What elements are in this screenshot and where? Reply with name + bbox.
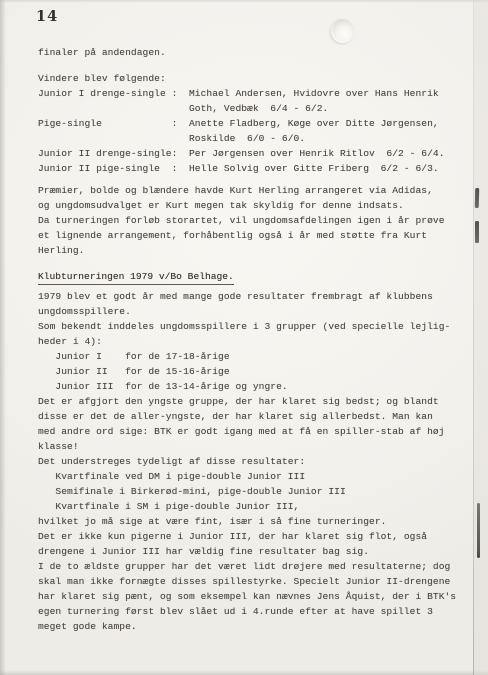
text-line: Herling.	[38, 243, 474, 258]
season-paragraph: 1979 blev et godt år med mange gode resu…	[38, 289, 474, 319]
groups-paragraph: Som bekendt inddeles ungdomsspillere i 3…	[38, 319, 474, 349]
text-line: Junior II for de 15-16-årige	[38, 364, 474, 379]
results-remark: hvilket jo må sige at være fint, især i …	[38, 514, 474, 529]
page-top-edge-shadow	[0, 0, 488, 3]
text-line: Kvartfinale ved DM i pige-double Junior …	[38, 469, 474, 484]
text-line: et lignende arrangement, forhåbentlig og…	[38, 228, 474, 243]
text-line: Præmier, bolde og blændere havde Kurt He…	[38, 183, 474, 198]
winners-list: Junior I drenge-single : Michael Anderse…	[38, 86, 474, 176]
text-line: skal man ikke fornægte disses spillestyr…	[38, 574, 474, 589]
awards-paragraph: Præmier, bolde og blændere havde Kurt He…	[38, 183, 474, 258]
document-page: 14 finaler på andendagen. Vindere blev f…	[0, 0, 488, 675]
text-line: Junior II pige-single : Helle Solvig ove…	[38, 161, 474, 176]
text-line: hvilket jo må sige at være fint, især i …	[38, 514, 474, 529]
text-line: med andre ord sige: BTK er godt igang me…	[38, 424, 474, 439]
club-tournament-section: 1979 blev et godt år med mange gode resu…	[38, 289, 474, 634]
text-line: Vindere blev følgende:	[38, 71, 474, 86]
text-line: drengene i Junior III har vældig fine re…	[38, 544, 474, 559]
text-line: Junior I drenge-single : Michael Anderse…	[38, 86, 474, 101]
text-line: Goth, Vedbæk 6/4 - 6/2.	[38, 101, 474, 116]
club-tournament-heading: Klubturneringen 1979 v/Bo Belhage.	[38, 266, 474, 281]
text-line: Junior I for de 17-18-årige	[38, 349, 474, 364]
text-line: heder i 4):	[38, 334, 474, 349]
text-line: ungdomsspillere.	[38, 304, 474, 319]
text-line: Som bekendt inddeles ungdomsspillere i 3…	[38, 319, 474, 334]
margin-mark-1	[475, 188, 480, 208]
section-heading-text: Klubturneringen 1979 v/Bo Belhage.	[38, 270, 234, 285]
text-line: Junior II drenge-single: Per Jørgensen o…	[38, 146, 474, 161]
assessment-paragraph: Det er afgjort den yngste gruppe, der ha…	[38, 394, 474, 454]
text-line: Roskilde 6/0 - 6/0.	[38, 131, 474, 146]
page-bottom-edge-shadow	[0, 670, 488, 675]
intro-paragraph: finaler på andendagen.	[38, 45, 474, 60]
text-line: og ungdomsudvalget er Kurt megen tak sky…	[38, 198, 474, 213]
document-body: finaler på andendagen. Vindere blev følg…	[38, 45, 474, 634]
junior3-paragraph: Det er ikke kun pigerne i Junior III, de…	[38, 529, 474, 559]
text-line: Det er afgjort den yngste gruppe, der ha…	[38, 394, 474, 409]
page-number: 14	[36, 8, 58, 25]
text-line: finaler på andendagen.	[38, 45, 474, 60]
winners-intro: Vindere blev følgende:	[38, 71, 474, 86]
tournament-results-list: Kvartfinale ved DM i pige-double Junior …	[38, 469, 474, 514]
text-line: meget gode kampe.	[38, 619, 474, 634]
text-line: Det er ikke kun pigerne i Junior III, de…	[38, 529, 474, 544]
text-line: Det understreges tydeligt af disse resul…	[38, 454, 474, 469]
margin-mark-3	[477, 503, 480, 558]
text-line: har klaret sig pænt, og som eksempel kan…	[38, 589, 474, 604]
text-line: klasse!	[38, 439, 474, 454]
margin-mark-2	[475, 221, 479, 243]
text-line: 1979 blev et godt år med mange gode resu…	[38, 289, 474, 304]
results-intro: Det understreges tydeligt af disse resul…	[38, 454, 474, 469]
text-line: Pige-single : Anette Fladberg, Køge over…	[38, 116, 474, 131]
older-groups-paragraph: I de to ældste grupper har det været lid…	[38, 559, 474, 634]
text-line: disse er det de aller-yngste, der har kl…	[38, 409, 474, 424]
text-line: egen turnering først blev slået ud i 4.r…	[38, 604, 474, 619]
text-line: I de to ældste grupper har det været lid…	[38, 559, 474, 574]
text-line: Da turneringen forløb storartet, vil ung…	[38, 213, 474, 228]
page-right-edge-strip	[474, 0, 488, 675]
text-line: Semifinale i Birkerød-mini, pige-double …	[38, 484, 474, 499]
hole-mark	[331, 19, 354, 43]
age-groups-list: Junior I for de 17-18-årige Junior II fo…	[38, 349, 474, 394]
page-left-edge-shadow	[0, 0, 6, 675]
text-line: Junior III for de 13-14-årige og yngre.	[38, 379, 474, 394]
text-line: Kvartfinale i SM i pige-double Junior II…	[38, 499, 474, 514]
